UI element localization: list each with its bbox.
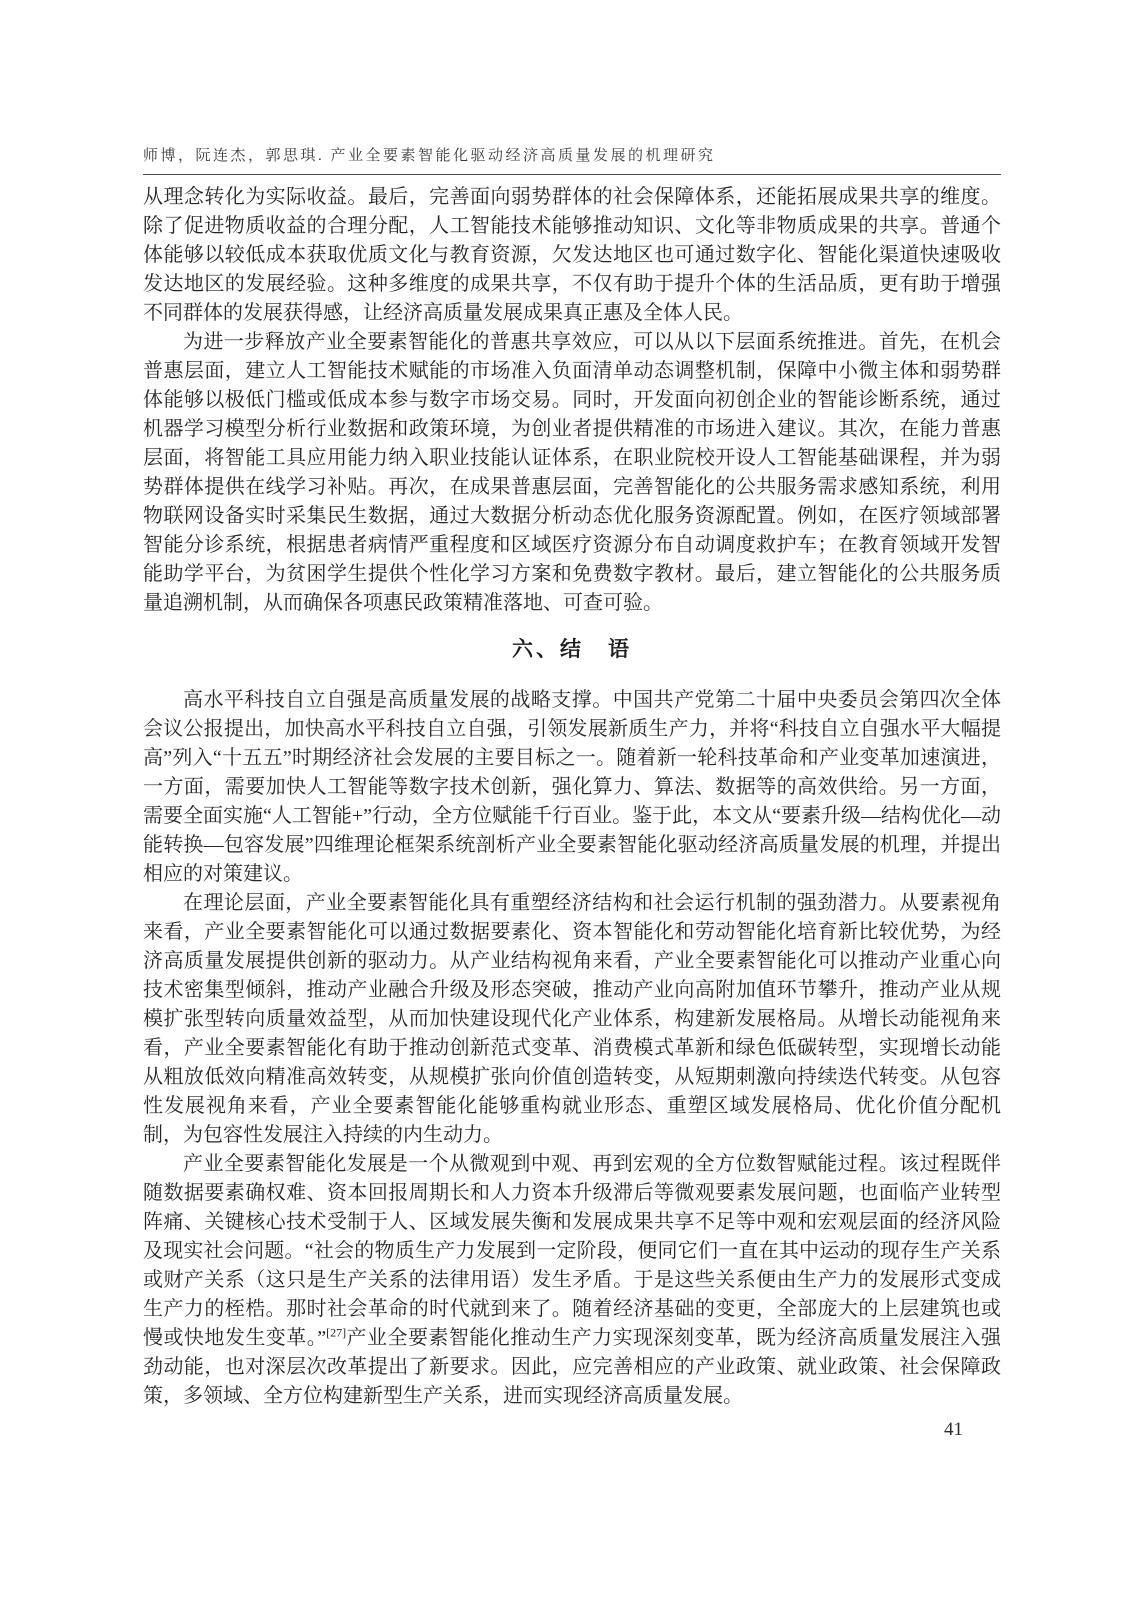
citation-marker: [27] xyxy=(326,1325,346,1339)
page-body: 从理念转化为实际收益。最后，完善面向弱势群体的社会保障体系，还能拓展成果共享的维… xyxy=(143,183,1001,1411)
running-head: 师博，阮连杰，郭思琪. 产业全要素智能化驱动经济高质量发展的机理研究 xyxy=(143,144,1001,175)
paragraph-with-citation: 产业全要素智能化发展是一个从微观到中观、再到宏观的全方位数智赋能过程。该过程既伴… xyxy=(143,1150,1001,1411)
closing-text-before-citation: 产业全要素智能化发展是一个从微观到中观、再到宏观的全方位数智赋能过程。该过程既伴… xyxy=(143,1153,1001,1349)
page-number: 41 xyxy=(944,1419,963,1441)
paragraph: 在理论层面，产业全要素智能化具有重塑经济结构和社会运行机制的强劲潜力。从要素视角… xyxy=(143,889,1001,1150)
paragraph: 为进一步释放产业全要素智能化的普惠共享效应，可以从以下层面系统推进。首先，在机会… xyxy=(143,328,1001,618)
section-heading: 六、结 语 xyxy=(143,633,1001,667)
paper-page: 师博，阮连杰，郭思琪. 产业全要素智能化驱动经济高质量发展的机理研究 从理念转化… xyxy=(0,0,1140,1600)
paragraph: 从理念转化为实际收益。最后，完善面向弱势群体的社会保障体系，还能拓展成果共享的维… xyxy=(143,183,1001,328)
running-head-text: 师博，阮连杰，郭思琪. 产业全要素智能化驱动经济高质量发展的机理研究 xyxy=(143,148,716,164)
paragraph: 高水平科技自立自强是高质量发展的战略支撑。中国共产党第二十届中央委员会第四次全体… xyxy=(143,686,1001,889)
